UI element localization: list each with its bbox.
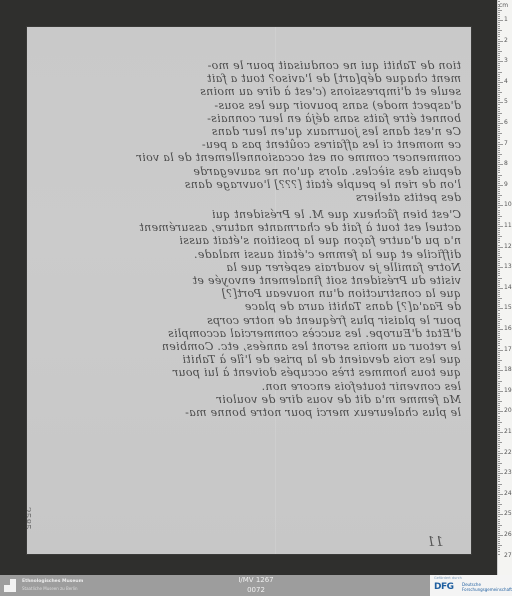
ruler-tick (498, 90, 500, 91)
text-line: des petits ateliers (41, 191, 461, 204)
ruler-mark: 6 (504, 119, 508, 126)
ruler-tick (498, 488, 500, 489)
ruler-tick (498, 292, 500, 293)
ruler-tick (498, 133, 502, 134)
text-line: n'a pu d'autre façon que la position s'é… (41, 234, 461, 247)
ruler-tick (498, 166, 500, 167)
ruler-tick (498, 34, 500, 35)
ruler-tick (498, 191, 500, 192)
ruler-tick (498, 224, 500, 225)
ruler-tick (498, 471, 500, 472)
ruler-tick (498, 78, 500, 79)
ruler-tick (498, 304, 500, 305)
text-line: d'aspect mode) sans pouvoir que les sous… (41, 99, 461, 112)
text-line: que la construction d'un nouveau Port[?] (41, 287, 461, 300)
text-line: C'est bien fâcheux que M. le Président q… (41, 208, 461, 221)
ruler-mark: 20 (504, 407, 512, 414)
ruler-tick (498, 222, 500, 223)
ruler-tick (498, 329, 503, 330)
ruler-tick (498, 413, 500, 414)
ruler-tick (498, 6, 500, 7)
ruler-tick (498, 298, 502, 299)
ruler-tick (498, 490, 500, 491)
ruler-tick (498, 123, 503, 124)
ruler-tick (498, 164, 503, 165)
ruler-tick (498, 39, 500, 40)
ruler-tick (498, 119, 500, 120)
ruler-tick (498, 376, 500, 377)
ruler-tick (498, 127, 500, 128)
ruler-mark: 11 (504, 222, 512, 229)
ruler-tick (498, 160, 500, 161)
text-line: tion de Tahiti qui ne conduisait pour le… (41, 59, 461, 72)
ruler-tick (498, 41, 503, 42)
ruler-tick (498, 115, 500, 116)
ruler-tick (498, 183, 500, 184)
ruler-tick (498, 187, 500, 188)
ruler-tick (498, 96, 500, 97)
ruler-tick (498, 24, 500, 25)
ruler-tick (498, 137, 500, 138)
ruler-tick (498, 356, 500, 357)
ruler-tick (498, 426, 500, 427)
ruler-tick (498, 269, 500, 270)
ruler-tick (498, 341, 500, 342)
ruler-tick (498, 117, 500, 118)
ruler-tick (498, 104, 500, 105)
ruler-tick (498, 109, 500, 110)
ruler-mark: 15 (504, 304, 512, 311)
ruler-mark: 13 (504, 263, 512, 270)
ruler-tick (498, 430, 500, 431)
ruler-tick (498, 337, 500, 338)
ruler-tick (498, 317, 500, 318)
ruler-tick (498, 368, 500, 369)
ruler-tick (498, 177, 500, 178)
ruler-tick (498, 253, 500, 254)
ruler-tick (498, 230, 500, 231)
ruler-tick (498, 521, 500, 522)
ruler-mark: 19 (504, 387, 512, 394)
ruler-tick (498, 55, 500, 56)
ruler-tick (498, 389, 500, 390)
ruler-tick (498, 1, 500, 2)
dfg-logo-icon: DFG (434, 582, 454, 592)
text-line: les convenir toutefois encore non. (41, 380, 461, 393)
ruler-tick (498, 327, 500, 328)
ruler-tick (498, 207, 500, 208)
ruler-tick (498, 181, 500, 182)
ruler-tick (498, 504, 502, 505)
ruler-tick (498, 210, 500, 211)
ruler-tick (498, 335, 500, 336)
ruler-tick (498, 284, 500, 285)
ruler-tick (498, 8, 500, 9)
handwritten-text: tion de Tahiti qui ne conduisait pour le… (41, 59, 461, 419)
ruler-tick (498, 362, 500, 363)
ruler-tick (498, 428, 500, 429)
ruler-tick (498, 529, 500, 530)
ruler-tick (498, 319, 502, 320)
ruler-tick (498, 57, 500, 58)
ruler-mark: 22 (504, 449, 512, 456)
ruler-tick (498, 313, 500, 314)
ruler-tick (498, 61, 503, 62)
ruler-tick (498, 306, 500, 307)
ruler-tick (498, 135, 500, 136)
ruler-tick (498, 302, 500, 303)
ruler-tick (498, 381, 502, 382)
ruler-tick (498, 512, 500, 513)
ruler-tick (498, 247, 503, 248)
text-line: commencer comme on est occasionnellement… (41, 151, 461, 164)
ruler-tick (498, 267, 503, 268)
ruler-mark: 25 (504, 510, 512, 517)
ruler-mark: 4 (504, 78, 508, 85)
ruler-tick (498, 523, 500, 524)
ruler-tick (498, 45, 500, 46)
ruler-tick (498, 387, 500, 388)
ruler-tick (498, 18, 500, 19)
ruler-tick (498, 403, 500, 404)
ruler-tick (498, 333, 500, 334)
ruler-tick (498, 236, 502, 237)
ruler-tick (498, 102, 503, 103)
ruler-tick (498, 59, 500, 60)
ruler-tick (498, 199, 500, 200)
ruler-tick (498, 459, 500, 460)
ruler-tick (498, 409, 500, 410)
ruler-tick (498, 201, 500, 202)
scan-background: tion de Tahiti qui ne conduisait pour le… (0, 0, 497, 575)
ruler-tick (498, 12, 500, 13)
ruler-tick (498, 492, 500, 493)
ruler-tick (498, 481, 500, 482)
text-line: seule et d'impressions (c'est à dire au … (41, 85, 461, 98)
ruler-tick (498, 533, 500, 534)
ruler-tick (498, 399, 500, 400)
ruler-tick (498, 366, 500, 367)
ruler-tick (498, 98, 500, 99)
ruler-tick (498, 92, 502, 93)
text-line: pour le plaisir plus fréquent de notre c… (41, 314, 461, 327)
ruler-tick (498, 502, 500, 503)
ruler-mark: 8 (504, 160, 508, 167)
ruler-tick (498, 352, 500, 353)
ruler-tick (498, 232, 500, 233)
ruler-tick (498, 111, 500, 112)
ruler-tick (498, 525, 502, 526)
ruler-tick (498, 405, 500, 406)
ruler-tick (498, 220, 500, 221)
ruler-tick (498, 354, 500, 355)
ruler-tick (498, 139, 500, 140)
ruler-tick (498, 378, 500, 379)
ruler-tick (498, 245, 500, 246)
ruler-mark: 23 (504, 469, 512, 476)
ruler-tick (498, 257, 502, 258)
ruler-tick (498, 129, 500, 130)
ruler-tick (498, 72, 502, 73)
ruler-unit-label: cm (499, 2, 508, 9)
ruler-tick (498, 500, 500, 501)
ruler-tick (498, 345, 500, 346)
ruler-tick (498, 195, 502, 196)
ruler-tick (498, 498, 500, 499)
ruler-tick (498, 442, 502, 443)
funder-name-line2: Forschungsgemeinschaft (462, 587, 512, 592)
ruler-tick (498, 189, 500, 190)
text-line: de Faa'a[?] dans Tahiti aura de place (41, 300, 461, 313)
ruler-tick (498, 436, 500, 437)
ruler-tick (498, 228, 500, 229)
ruler-tick (498, 420, 500, 421)
ruler-tick (498, 457, 500, 458)
ruler-tick (498, 238, 500, 239)
ruler-mark: 17 (504, 346, 512, 353)
text-line: visite du Président soit finalement envo… (41, 274, 461, 287)
ruler-tick (498, 496, 500, 497)
ruler-tick (498, 47, 500, 48)
ruler-tick (498, 214, 500, 215)
ruler-tick (498, 290, 500, 291)
ruler-tick (498, 407, 500, 408)
text-line: Ma femme m'a dit de vous dire de vouloir (41, 393, 461, 406)
ruler-tick (498, 288, 503, 289)
ruler-tick (498, 216, 502, 217)
ruler-mark: 10 (504, 201, 512, 208)
ruler-tick (498, 510, 500, 511)
ruler-tick (498, 549, 500, 550)
ruler-tick (498, 88, 500, 89)
ruler-tick (498, 440, 500, 441)
text-line: Notre famille je voudrais espérer que la (41, 261, 461, 274)
ruler-tick (498, 294, 500, 295)
ruler-tick (498, 218, 500, 219)
ruler-tick (498, 477, 500, 478)
ruler-tick (498, 226, 503, 227)
ruler-tick (498, 516, 500, 517)
ruler-tick (498, 205, 503, 206)
ruler-tick (498, 315, 500, 316)
ruler-tick (498, 300, 500, 301)
text-line: actuel est tout à fait de charmante natu… (41, 221, 461, 234)
ruler-tick (498, 242, 500, 243)
ruler-tick (498, 554, 500, 555)
ruler-tick (498, 148, 500, 149)
ruler-tick (498, 259, 500, 260)
ruler-tick (498, 467, 500, 468)
ruler-tick (498, 486, 500, 487)
text-line: le retour au moins seront les années, et… (41, 340, 461, 353)
ruler-tick (498, 154, 502, 155)
ruler-tick (498, 541, 500, 542)
text-line: le plus chaleureux merci pour notre bonn… (41, 406, 461, 419)
ruler-mark: 21 (504, 428, 512, 435)
ruler-tick (498, 308, 503, 309)
ruler-tick (498, 51, 502, 52)
ruler-tick (498, 547, 500, 548)
text-line: d'Etat d'Europe. les succès commercial a… (41, 327, 461, 340)
ruler-tick (498, 125, 500, 126)
ruler-tick (498, 323, 500, 324)
ruler-tick (498, 84, 500, 85)
ruler-tick (498, 32, 500, 33)
ruler-tick (498, 14, 500, 15)
ruler-tick (498, 271, 500, 272)
cm-ruler: cm 1234567891011121314151617181920212223… (497, 0, 512, 575)
ruler-tick (498, 121, 500, 122)
ruler-tick (498, 162, 500, 163)
ruler-tick (498, 16, 500, 17)
ruler-tick (498, 275, 500, 276)
ruler-tick (498, 411, 503, 412)
ruler-tick (498, 432, 503, 433)
ruler-tick (498, 331, 500, 332)
ruler-tick (498, 537, 500, 538)
ruler-tick (498, 539, 500, 540)
ruler-tick (498, 372, 500, 373)
page-mark: 11 (427, 535, 444, 550)
text-line: difficile et que la femme c'était aussi … (41, 248, 461, 261)
ruler-tick (498, 286, 500, 287)
ruler-tick (498, 255, 500, 256)
ruler-mark: 24 (504, 490, 512, 497)
ruler-tick (498, 197, 500, 198)
ruler-mark: 14 (504, 284, 512, 291)
ruler-tick (498, 278, 502, 279)
ruler-tick (498, 156, 500, 157)
ruler-mark: 26 (504, 531, 512, 538)
ruler-mark: 5 (504, 98, 508, 105)
ruler-tick (498, 527, 500, 528)
ruler-tick (498, 551, 500, 552)
ruler-tick (498, 358, 500, 359)
text-line: depuis des siècles. alors qu'on ne sauve… (41, 165, 461, 178)
ruler-tick (498, 172, 500, 173)
ruler-tick (498, 438, 500, 439)
ruler-tick (498, 20, 503, 21)
ruler-tick (498, 203, 500, 204)
ruler-tick (498, 26, 500, 27)
ruler-mark: 3 (504, 57, 508, 64)
ruler-tick (498, 113, 502, 114)
ruler-tick (498, 28, 500, 29)
ruler-tick (498, 100, 500, 101)
ruler-tick (498, 325, 500, 326)
ruler-tick (498, 82, 503, 83)
ruler-tick (498, 158, 500, 159)
ruler-tick (498, 80, 500, 81)
ruler-tick (498, 418, 500, 419)
text-line: Ce n'est dans les journaux qu'en leur da… (41, 125, 461, 138)
ruler-tick (498, 535, 503, 536)
ruler-tick (498, 273, 500, 274)
ruler-mark: 1 (504, 16, 508, 23)
ruler-tick (498, 343, 500, 344)
ruler-tick (498, 401, 502, 402)
ruler-mark: 16 (504, 325, 512, 332)
ruler-mark: 12 (504, 243, 512, 250)
ruler-tick (498, 150, 500, 151)
ruler-mark: 2 (504, 37, 508, 44)
ruler-tick (498, 391, 503, 392)
ruler-tick (498, 234, 500, 235)
ruler-tick (498, 416, 500, 417)
ruler-tick (498, 282, 500, 283)
ruler-tick (498, 469, 500, 470)
ruler-tick (498, 175, 502, 176)
ruler-tick (498, 4, 500, 5)
ruler-tick (498, 463, 502, 464)
text-line: que tous hommes très occupés doivent à l… (41, 366, 461, 379)
ruler-tick (498, 506, 500, 507)
ruler-tick (498, 494, 503, 495)
ruler-tick (498, 446, 500, 447)
ruler-mark: 9 (504, 181, 508, 188)
ruler-tick (498, 360, 502, 361)
ruler-mark: 27 (504, 552, 512, 559)
ruler-tick (498, 448, 500, 449)
ruler-tick (498, 30, 502, 31)
ruler-tick (498, 370, 503, 371)
ruler-tick (498, 170, 500, 171)
ruler-tick (498, 451, 500, 452)
ruler-tick (498, 393, 500, 394)
ruler-tick (498, 263, 500, 264)
ruler-tick (498, 67, 500, 68)
dfg-funding-logo: Gefördert durch DFG Deutsche Forschungsg… (430, 575, 512, 596)
ruler-tick (498, 395, 500, 396)
ruler-tick (498, 249, 500, 250)
ruler-tick (498, 385, 500, 386)
ruler-tick (498, 484, 502, 485)
ruler-tick (498, 193, 500, 194)
ruler-tick (498, 519, 500, 520)
ruler-tick (498, 479, 500, 480)
ruler-tick (498, 65, 500, 66)
ruler-tick (498, 531, 500, 532)
ruler-tick (498, 107, 500, 108)
ruler-tick (498, 475, 500, 476)
ruler-tick (498, 152, 500, 153)
ruler-tick (498, 455, 500, 456)
ruler-tick (498, 69, 500, 70)
ruler-tick (498, 131, 500, 132)
ruler-tick (498, 350, 503, 351)
ruler-mark: 7 (504, 140, 508, 147)
ruler-tick (498, 296, 500, 297)
ruler-tick (498, 49, 500, 50)
ruler-tick (498, 465, 500, 466)
ruler-tick (498, 94, 500, 95)
ruler-tick (498, 36, 500, 37)
ruler-tick (498, 339, 502, 340)
ruler-tick (498, 321, 500, 322)
ruler-tick (498, 53, 500, 54)
ruler-tick (498, 280, 500, 281)
ruler-tick (498, 185, 503, 186)
ruler-mark: 18 (504, 366, 512, 373)
ruler-tick (498, 74, 500, 75)
ruler-tick (498, 422, 502, 423)
ruler-tick (498, 374, 500, 375)
ruler-tick (498, 545, 502, 546)
text-line: bonnet étre faits sans déjà en leur conn… (41, 112, 461, 125)
ruler-tick (498, 168, 500, 169)
ruler-tick (498, 383, 500, 384)
ruler-tick (498, 265, 500, 266)
